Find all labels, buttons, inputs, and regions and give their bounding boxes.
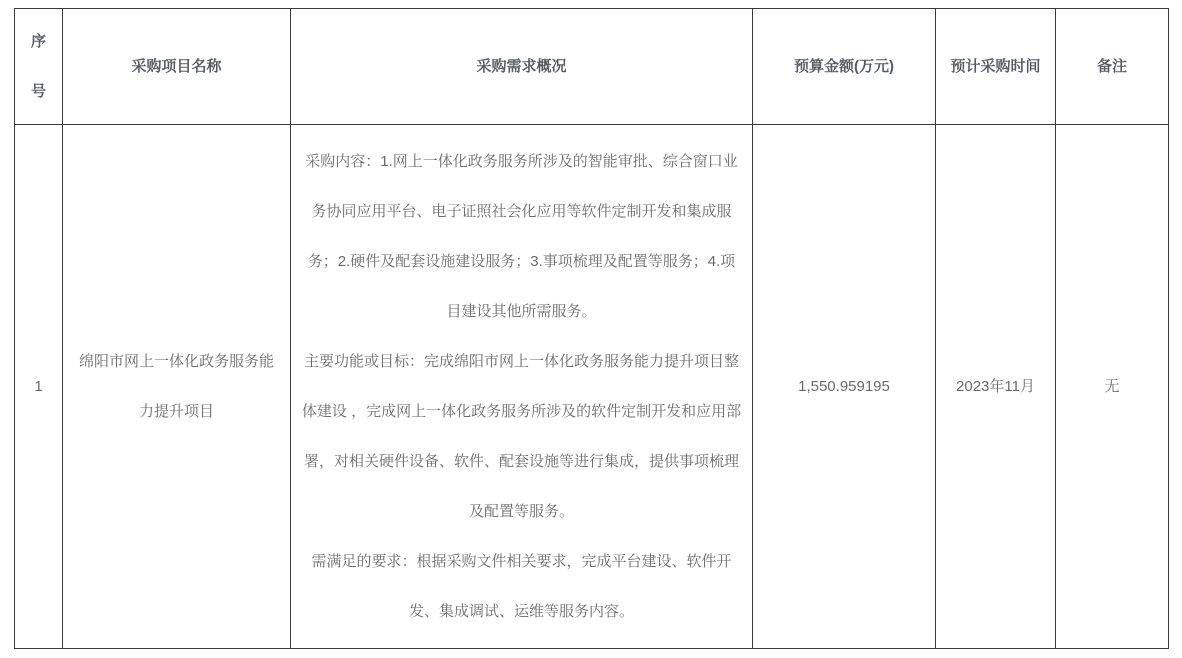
demand-paragraph-main-functions: 主要功能或目标：完成绵阳市网上一体化政务服务能力提升项目整体建设 ，完成网上一体… [301, 337, 742, 537]
cell-demand-overview: 采购内容：1.网上一体化政务服务所涉及的智能审批、综合窗口业务协同应用平台、电子… [291, 125, 753, 649]
cell-seq-number: 1 [15, 125, 63, 649]
header-row: 序号 采购项目名称 采购需求概况 预算金额(万元) 预计采购时间 备注 [15, 9, 1169, 125]
header-cell-seq-number: 序号 [15, 9, 63, 125]
cell-budget-amount: 1,550.959195 [753, 125, 936, 649]
header-cell-budget-amount: 预算金额(万元) [753, 9, 936, 125]
header-cell-demand-overview: 采购需求概况 [291, 9, 753, 125]
page: 序号 采购项目名称 采购需求概况 预算金额(万元) 预计采购时间 备注 1 绵阳… [0, 0, 1182, 658]
cell-expected-time: 2023年11月 [936, 125, 1056, 649]
demand-paragraph-requirements: 需满足的要求：根据采购文件相关要求，完成平台建设、软件开发、集成调试、运维等服务… [301, 537, 742, 637]
demand-paragraph-procurement-content: 采购内容：1.网上一体化政务服务所涉及的智能审批、综合窗口业务协同应用平台、电子… [301, 137, 742, 337]
header-cell-project-name: 采购项目名称 [63, 9, 291, 125]
cell-remark: 无 [1056, 125, 1169, 649]
cell-project-name: 绵阳市网上一体化政务服务能力提升项目 [63, 125, 291, 649]
table-row: 1 绵阳市网上一体化政务服务能力提升项目 采购内容：1.网上一体化政务服务所涉及… [15, 125, 1169, 649]
header-cell-remark: 备注 [1056, 9, 1169, 125]
header-cell-expected-time: 预计采购时间 [936, 9, 1056, 125]
procurement-plan-table: 序号 采购项目名称 采购需求概况 预算金额(万元) 预计采购时间 备注 1 绵阳… [14, 8, 1169, 649]
